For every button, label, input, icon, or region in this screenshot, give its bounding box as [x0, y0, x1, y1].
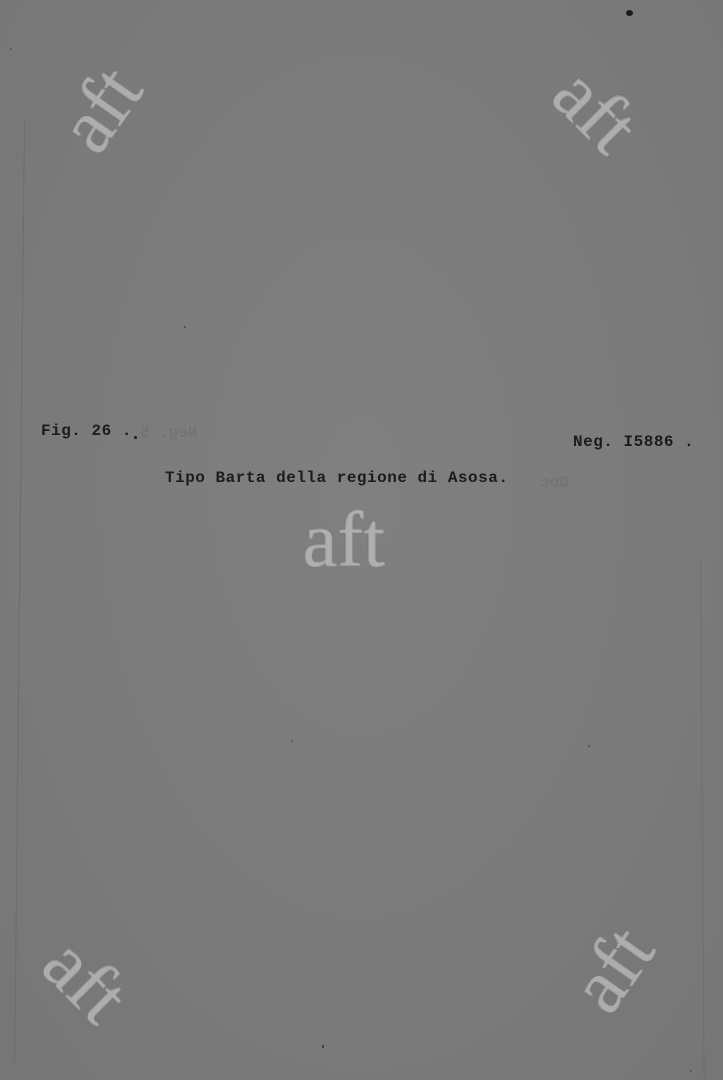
watermark-bottom-right: aft [556, 913, 667, 1025]
dust-speck [291, 740, 293, 742]
watermark-top-right: aft [539, 52, 652, 165]
photo-caption: Tipo Barta della regione di Asosa. [165, 469, 508, 487]
figure-number: Fig. 26 . [41, 422, 132, 440]
bleed-through-text: Neg. 5 [140, 424, 198, 442]
dust-speck [322, 1045, 324, 1048]
dust-speck [690, 1070, 692, 1072]
dust-speck [184, 326, 186, 328]
bleed-through-text: Doc [540, 474, 569, 492]
dust-speck [626, 10, 633, 16]
archive-caption-card: aft aft aft aft aft Neg. 5 Doc Fig. 26 .… [0, 0, 723, 1080]
watermark-bottom-left: aft [29, 922, 142, 1035]
dust-speck [10, 48, 12, 50]
dust-speck [134, 436, 137, 439]
paper-edge-line-right [700, 560, 705, 1080]
negative-number: Neg. I5886 . [573, 433, 694, 451]
watermark-center: aft [302, 500, 384, 578]
watermark-top-left: aft [44, 53, 155, 165]
paper-edge-line-left [14, 120, 25, 1060]
dust-speck [588, 745, 590, 747]
